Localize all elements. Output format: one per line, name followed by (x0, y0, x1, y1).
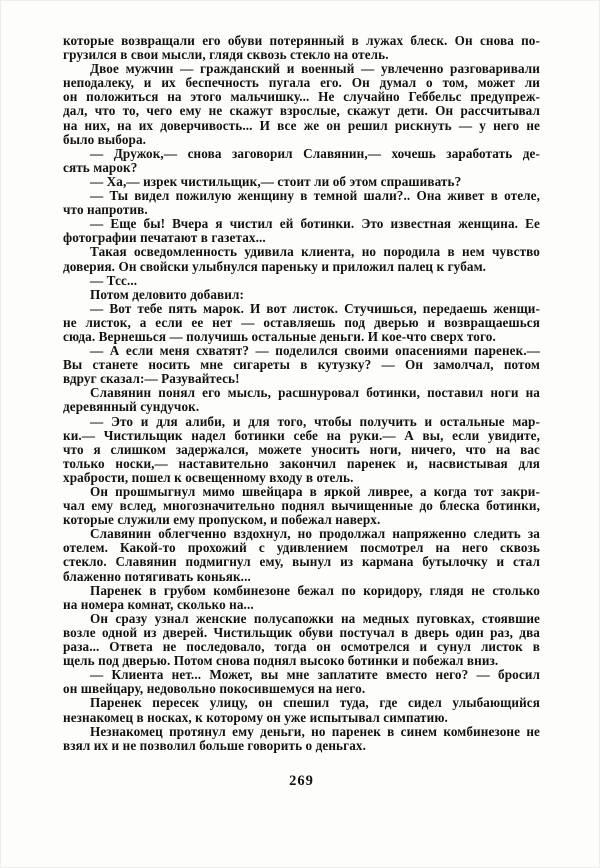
text-line: он положиться на этого мальчишку... Не с… (63, 90, 540, 104)
paragraph: которые возвращали его обуви потерянный … (63, 34, 540, 62)
text-line: было выбора. (63, 133, 540, 147)
text-line: вдруг сказал:— Разувайтесь! (63, 372, 540, 386)
text-line: ки.— Чистильщик надел ботинки себе на ру… (63, 429, 540, 443)
text-line: неподалеку, и их беспечность пугала его.… (63, 76, 540, 90)
paragraph: — Ты видел пожилую женщину в темной шали… (63, 189, 540, 217)
text-line: не листок, а если ее нет — оставляешь по… (63, 316, 540, 330)
text-line: он швейцару, недовольно покосившемуся на… (63, 682, 540, 696)
text-line: — Клиента нет... Может, вы мне заплатите… (63, 668, 540, 682)
text-line: Славянин понял его мысль, расшнуровал бо… (63, 386, 540, 400)
text-line: которые служили ему пропуском, и побежал… (63, 513, 540, 527)
text-line: что напротив. (63, 203, 540, 217)
text-line: чал ему вслед, многозначительно поднял в… (63, 499, 540, 513)
text-line: сять марок? (63, 161, 540, 175)
paragraph: — Клиента нет... Может, вы мне заплатите… (63, 668, 540, 696)
text-line: только носки,— наставительно закончил па… (63, 457, 540, 471)
text-line: — Тсс... (63, 274, 540, 288)
paragraph: Паренек в грубом комбинезоне бежал по ко… (63, 584, 540, 612)
paragraph: Славянин понял его мысль, расшнуровал бо… (63, 386, 540, 414)
text-line: дал, что то, чего ему не скажут взрослые… (63, 104, 540, 118)
text-line: Двое мужчин — гражданский и военный — ув… (63, 62, 540, 76)
text-line: Вы станете носить мне сигареты в кутузку… (63, 358, 540, 372)
text-line: Паренек пересек улицу, он спешил туда, г… (63, 696, 540, 710)
paragraph: Славянин облегченно вздохнул, но продолж… (63, 527, 540, 583)
text-line: — Это и для алиби, и для того, чтобы пол… (63, 415, 540, 429)
text-line: доверия. Он свойски улыбнулся пареньку и… (63, 260, 540, 274)
text-line: на них, на их доверчивость... И все же о… (63, 119, 540, 133)
paragraph: — Ха,— изрек чистильщик,— стоит ли об эт… (63, 175, 540, 189)
text-line: — Ха,— изрек чистильщик,— стоит ли об эт… (63, 175, 540, 189)
paragraph: — А если меня схватят? — поделился своим… (63, 344, 540, 386)
paragraph: Двое мужчин — гражданский и военный — ув… (63, 62, 540, 147)
text-line: стекло. Славянин подмигнул ему, вынул из… (63, 555, 540, 569)
text-line: что я слишком задержался, можете уносить… (63, 443, 540, 457)
text-line: — Ты видел пожилую женщину в темной шали… (63, 189, 540, 203)
paragraph: — Тсс... (63, 274, 540, 288)
paragraph: Он прошмыгнул мимо швейцара в яркой ливр… (63, 485, 540, 527)
paragraph: Незнакомец протянул ему деньги, но парен… (63, 725, 540, 753)
text-line: Такая осведомленность удивила клиента, н… (63, 245, 540, 259)
page-number: 269 (63, 773, 540, 790)
text-line: деревянный сундучок. (63, 400, 540, 414)
text-line: — Дружок,— снова заговорил Славянин,— хо… (63, 147, 540, 161)
text-line: Паренек в грубом комбинезоне бежал по ко… (63, 584, 540, 598)
text-line: Он сразу узнал женские полусапожки на ме… (63, 612, 540, 626)
text-line: незнакомец в носках, к которому он уже и… (63, 711, 540, 725)
paragraph: — Вот тебе пять марок. И вот листок. Сту… (63, 302, 540, 344)
book-page: которые возвращали его обуви потерянный … (0, 0, 600, 868)
paragraph: Паренек пересек улицу, он спешил туда, г… (63, 696, 540, 724)
text-line: блаженно потягивать коньяк... (63, 570, 540, 584)
text-line: на номера комнат, сколько на... (63, 598, 540, 612)
text-line: щель под дверью. Потом снова поднял высо… (63, 654, 540, 668)
text-line: Славянин облегченно вздохнул, но продолж… (63, 527, 540, 541)
text-line: грузился в свои мысли, глядя сквозь стек… (63, 48, 540, 62)
text-block: которые возвращали его обуви потерянный … (63, 34, 540, 790)
text-line: сюда. Вернешься — получишь остальные ден… (63, 330, 540, 344)
text-line: Потом деловито добавил: (63, 288, 540, 302)
paragraph: Такая осведомленность удивила клиента, н… (63, 245, 540, 273)
paragraph: — Это и для алиби, и для того, чтобы пол… (63, 415, 540, 485)
text-line: фотографии печатают в газетах... (63, 231, 540, 245)
text-line: Он прошмыгнул мимо швейцара в яркой ливр… (63, 485, 540, 499)
paragraph: Он сразу узнал женские полусапожки на ме… (63, 612, 540, 668)
text-line: раза... Ответа не последовало, тогда он … (63, 640, 540, 654)
text-line: — Еще бы! Вчера я чистил ей ботинки. Это… (63, 217, 540, 231)
text-line: взял их и не позволил больше говорить о … (63, 739, 540, 753)
text-line: храбрости, пошел к освещенному входу в о… (63, 471, 540, 485)
text-line: Незнакомец протянул ему деньги, но парен… (63, 725, 540, 739)
text-line: отелем. Какой-то прохожий с удивлением п… (63, 541, 540, 555)
paragraph: Потом деловито добавил: (63, 288, 540, 302)
text-line: — Вот тебе пять марок. И вот листок. Сту… (63, 302, 540, 316)
paragraph: — Еще бы! Вчера я чистил ей ботинки. Это… (63, 217, 540, 245)
paragraph: — Дружок,— снова заговорил Славянин,— хо… (63, 147, 540, 175)
text-line: возле одной из дверей. Чистильщик обуви … (63, 626, 540, 640)
text-line: которые возвращали его обуви потерянный … (63, 34, 540, 48)
text-line: — А если меня схватят? — поделился своим… (63, 344, 540, 358)
